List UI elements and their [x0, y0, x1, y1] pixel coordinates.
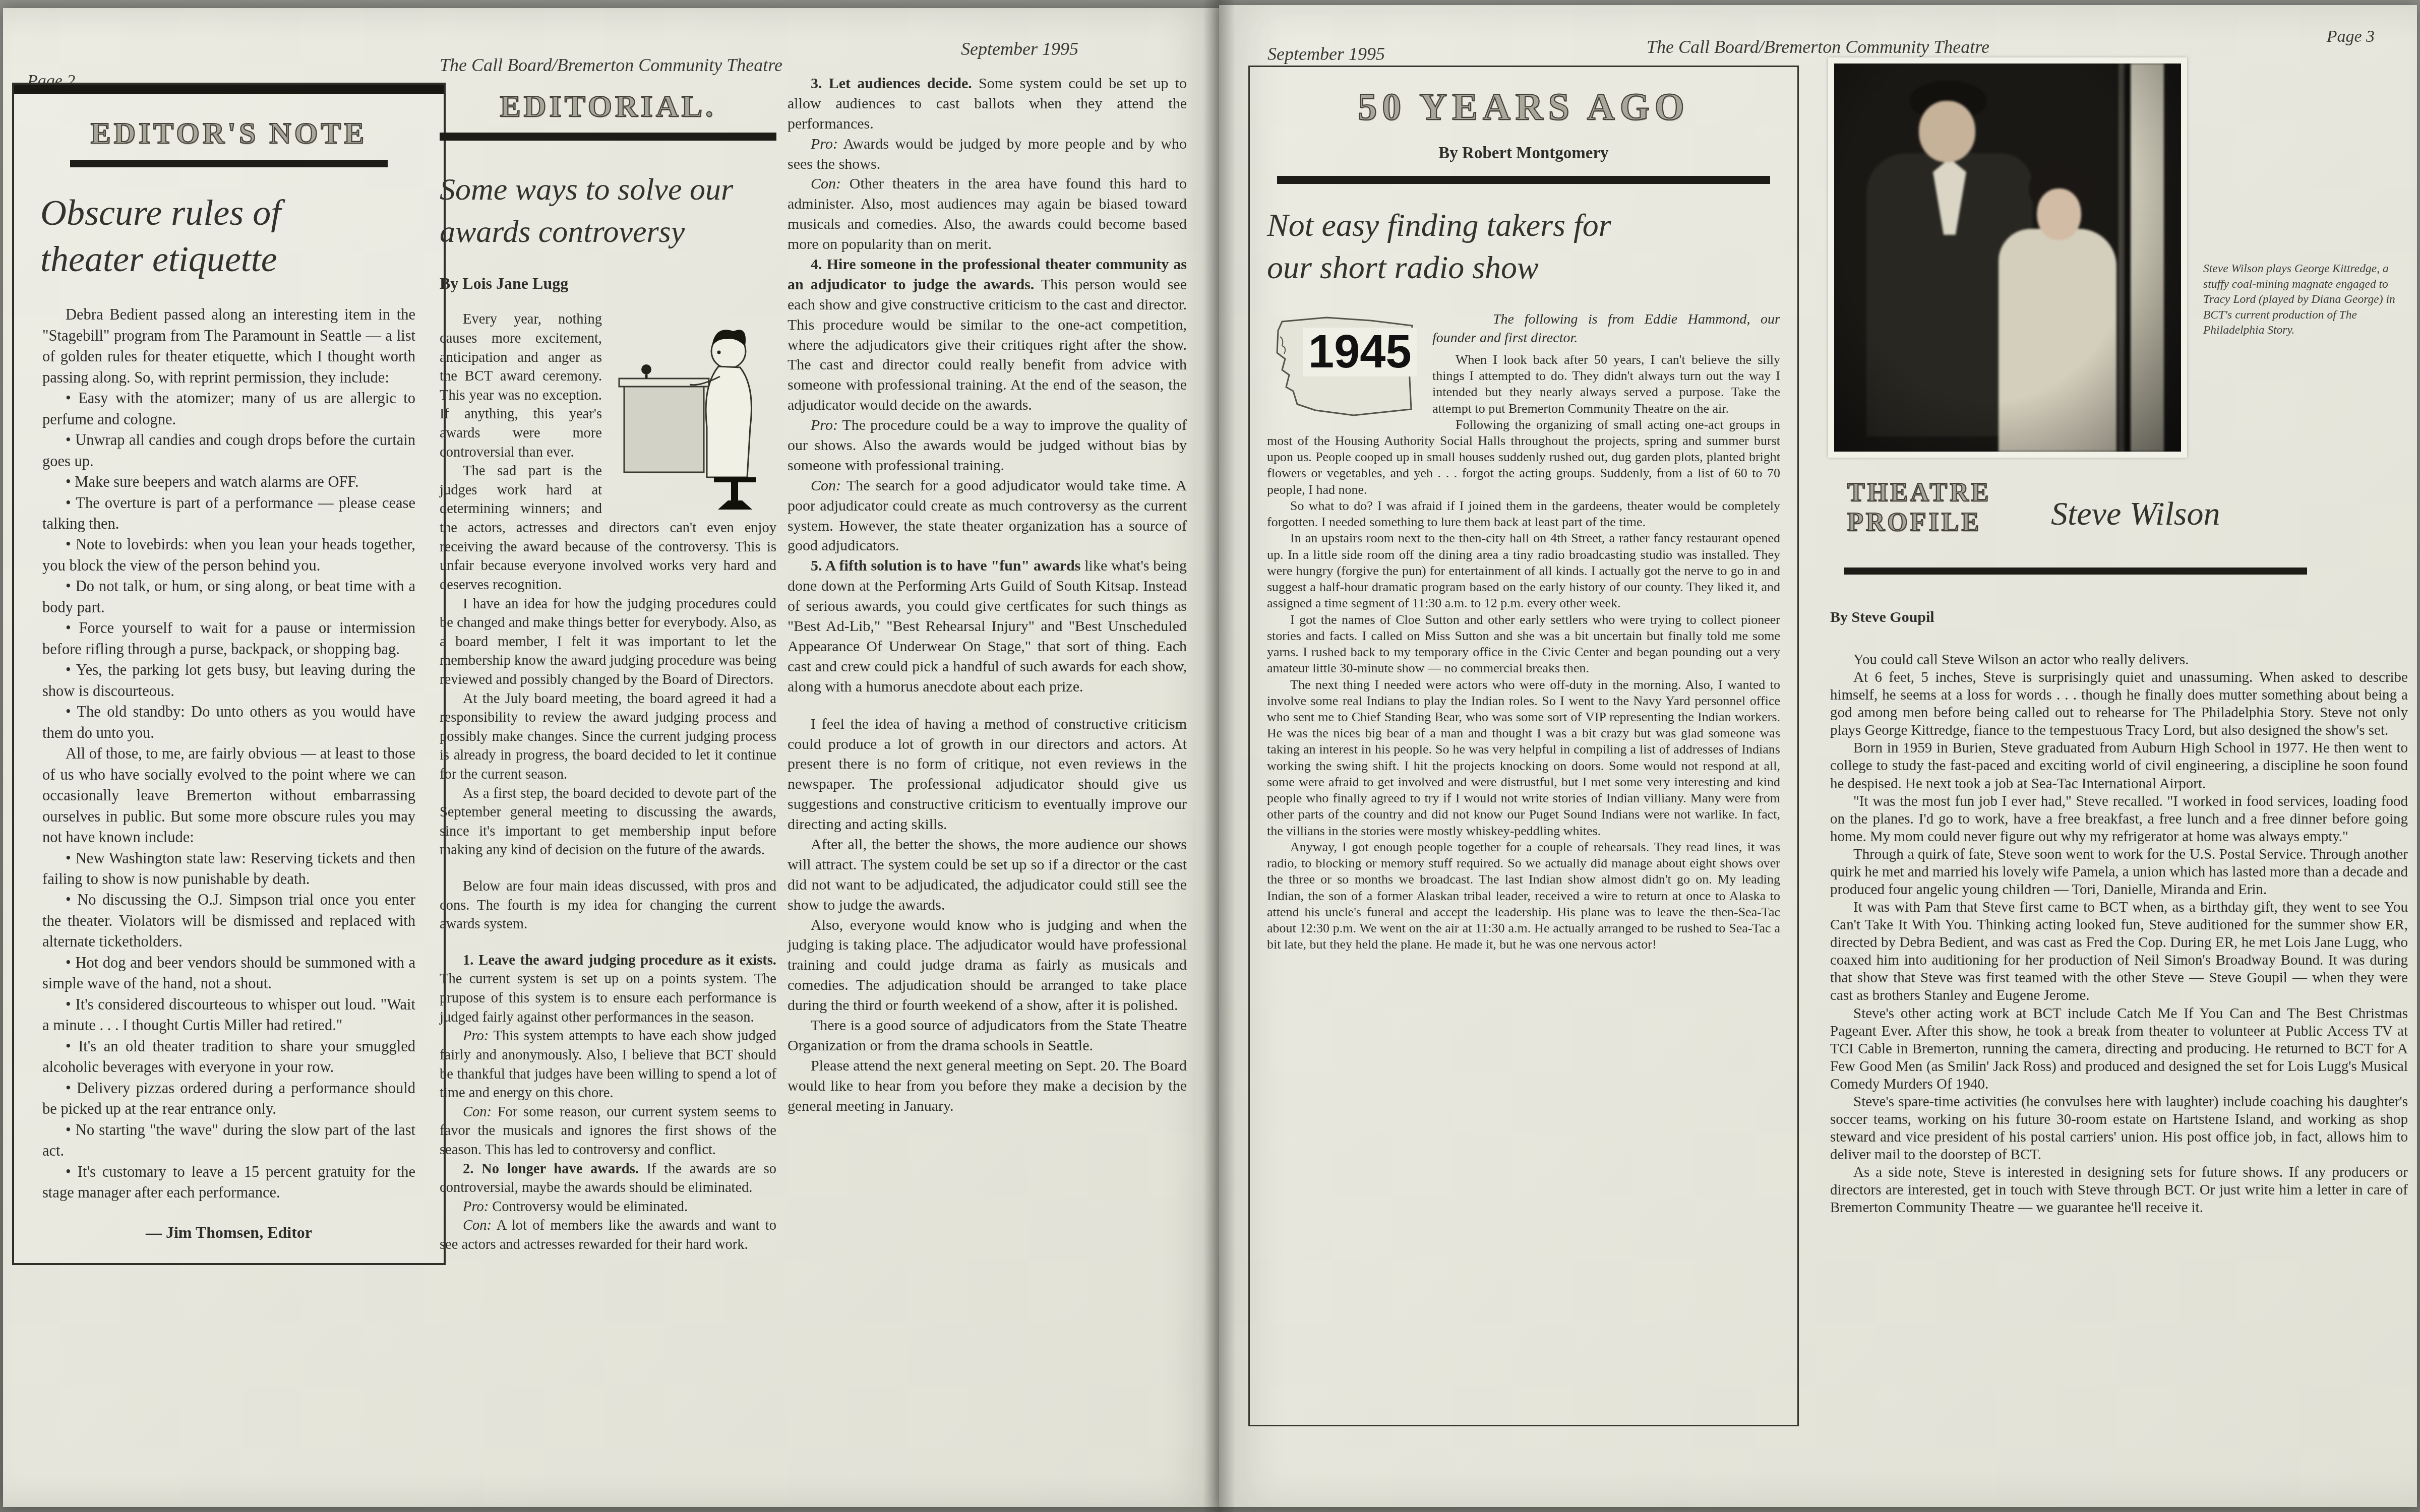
theatre-profile-byline: By Steve Goupil — [1830, 609, 1934, 626]
fifty-years-ago-kicker: 50 YEARS AGO — [1267, 85, 1780, 129]
editors-note-kicker: EDITOR'S NOTE — [14, 116, 444, 151]
editors-note-article: EDITOR'S NOTE Obscure rules of theater e… — [12, 83, 446, 1265]
fifty-years-ago-body: When I look back after 50 years, I can't… — [1267, 352, 1780, 953]
newspaper-spread-photo: Page 2 The Call Board/Bremerton Communit… — [0, 0, 2420, 1512]
body-paragraph: Steve's other acting work at BCT include… — [1830, 1005, 2408, 1093]
body-paragraph: The next thing I needed were actors who … — [1267, 677, 1780, 839]
editorial-body-col1: Every year, nothing causes more exciteme… — [440, 310, 776, 1254]
fifty-years-ago-article: 50 YEARS AGO By Robert Montgomery Not ea… — [1248, 66, 1799, 1426]
year-1945-badge: 1945 — [1303, 328, 1417, 376]
body-paragraph: Steve's spare-time activities (he convul… — [1830, 1093, 2408, 1164]
editor-signature: — Jim Thomsen, Editor — [42, 1223, 415, 1242]
body-paragraph: 2. No longer have awards. If the awards … — [440, 1160, 776, 1198]
body-paragraph: Below are four main ideas discussed, wit… — [440, 877, 776, 934]
kicker-rule — [70, 160, 388, 167]
body-paragraph: Debra Bedient passed along an interestin… — [42, 304, 415, 388]
editorial-kicker: EDITORIAL. — [440, 89, 776, 124]
body-paragraph: • Delivery pizzas ordered during a perfo… — [42, 1078, 415, 1120]
body-paragraph: • The overture is part of a performance … — [42, 493, 415, 535]
fifty-years-ago-byline: By Robert Montgomery — [1267, 144, 1780, 163]
writer-at-desk-illustration — [615, 310, 776, 512]
body-paragraph: You could call Steve Wilson an actor who… — [1830, 651, 2408, 669]
center-fold-shadow — [1203, 0, 1235, 1512]
body-paragraph: Please attend the next general meeting o… — [788, 1056, 1187, 1116]
theatre-profile-body: You could call Steve Wilson an actor who… — [1830, 651, 2408, 1217]
body-paragraph: • Hot dog and beer vendors should be sum… — [42, 953, 415, 994]
editorial-rule — [440, 133, 776, 141]
editorial-byline: By Lois Jane Lugg — [440, 274, 776, 293]
body-paragraph: All of those, to me, are fairly obvious … — [42, 743, 415, 848]
body-paragraph: Anyway, I got enough people together for… — [1267, 839, 1780, 953]
body-paragraph: As a first step, the board decided to de… — [440, 784, 776, 860]
fifty-years-ago-rule — [1277, 176, 1770, 184]
photo-caption: Steve Wilson plays George Kittredge, a s… — [2203, 261, 2401, 338]
washington-state-map-icon: 1945 — [1267, 310, 1418, 426]
editorial-body-col2: 3. Let audiences decide. Some system cou… — [788, 74, 1187, 1116]
page-3-number: Page 3 — [2327, 27, 2375, 46]
body-paragraph: "It was the most fun job I ever had," St… — [1830, 793, 2408, 846]
body-paragraph: Con: For some reason, our current system… — [440, 1103, 776, 1160]
body-paragraph: • It's an old theater tradition to share… — [42, 1036, 415, 1078]
body-paragraph: • It's considered discourteous to whispe… — [42, 994, 415, 1036]
body-paragraph: • Force yourself to wait for a pause or … — [42, 618, 415, 660]
body-paragraph: I got the names of Cloe Sutton and other… — [1267, 612, 1780, 677]
body-paragraph: Con: Other theaters in the area have fou… — [788, 174, 1187, 255]
body-paragraph: Pro: Controversy would be eliminated. — [440, 1198, 776, 1217]
body-paragraph: • Easy with the atomizer; many of us are… — [42, 388, 415, 430]
body-paragraph: It was with Pam that Steve first came to… — [1830, 899, 2408, 1004]
body-paragraph: • No starting "the wave" during the slow… — [42, 1120, 415, 1162]
body-paragraph: • It's customary to leave a 15 percent g… — [42, 1162, 415, 1204]
body-paragraph: • Unwrap all candies and cough drops bef… — [42, 430, 415, 472]
body-paragraph: 3. Let audiences decide. Some system cou… — [788, 74, 1187, 134]
photo-vignette — [1834, 64, 2181, 452]
body-paragraph: Con: The search for a good adjudicator w… — [788, 476, 1187, 556]
editorial-article: EDITORIAL. Some ways to solve our awards… — [440, 40, 776, 1254]
body-paragraph: Born in 1959 in Burien, Steve graduated … — [1830, 739, 2408, 792]
body-paragraph: 4. Hire someone in the professional thea… — [788, 255, 1187, 415]
body-paragraph: Con: A lot of members like the awards an… — [440, 1216, 776, 1254]
theatre-profile-headline: Steve Wilson — [2051, 495, 2220, 533]
body-paragraph: 5. A fifth solution is to have "fun" awa… — [788, 556, 1187, 697]
issue-date-left: September 1995 — [961, 38, 1078, 59]
editorial-headline: Some ways to solve our awards controvers… — [440, 169, 776, 253]
page-3: September 1995 The Call Board/Bremerton … — [1219, 5, 2417, 1507]
body-paragraph: • Note to lovebirds: when you lean your … — [42, 534, 415, 576]
body-paragraph: • Do not talk, or hum, or sing along, or… — [42, 576, 415, 618]
fifty-years-ago-headline: Not easy finding takers for our short ra… — [1267, 204, 1615, 289]
body-paragraph: In an upstairs room next to the then-cit… — [1267, 530, 1780, 611]
body-paragraph: Pro: This system attempts to have each s… — [440, 1027, 776, 1102]
masthead-right: The Call Board/Bremerton Community Theat… — [1219, 36, 2417, 57]
body-paragraph: I feel the idea of having a method of co… — [788, 714, 1187, 835]
body-paragraph: • Yes, the parking lot gets busy, but le… — [42, 660, 415, 702]
page-2: Page 2 The Call Board/Bremerton Communit… — [3, 8, 1219, 1507]
body-paragraph: As a side note, Steve is interested in d… — [1830, 1164, 2408, 1217]
editors-note-headline: Obscure rules of theater etiquette — [40, 190, 373, 282]
body-paragraph: Pro: Awards would be judged by more peop… — [788, 134, 1187, 174]
body-paragraph: • No discussing the O.J. Simpson trial o… — [42, 890, 415, 952]
body-paragraph: Following the organizing of small acting… — [1267, 417, 1780, 498]
profile-photo-frame — [1828, 57, 2187, 458]
body-paragraph: At 6 feet, 5 inches, Steve is surprising… — [1830, 669, 2408, 739]
profile-photo — [1834, 64, 2181, 452]
body-paragraph: Through a quirk of fate, Steve soon went… — [1830, 846, 2408, 899]
theatre-profile-rule — [1844, 568, 2307, 575]
body-paragraph: At the July board meeting, the board agr… — [440, 689, 776, 784]
body-paragraph: There is a good source of adjudicators f… — [788, 1016, 1187, 1056]
body-paragraph: • New Washington state law: Reserving ti… — [42, 848, 415, 890]
body-paragraph: • The old standby: Do unto others as you… — [42, 702, 415, 743]
body-paragraph: I have an idea for how the judging proce… — [440, 595, 776, 689]
box-top-bar — [14, 85, 444, 94]
body-paragraph: • Make sure beepers and watch alarms are… — [42, 472, 415, 492]
editors-note-body: Debra Bedient passed along an interestin… — [42, 304, 415, 1203]
body-paragraph: 1. Leave the award judging procedure as … — [440, 951, 776, 1027]
theatre-profile-kicker: THEATRE PROFILE — [1847, 478, 2039, 538]
body-paragraph: So what to do? I was afraid if I joined … — [1267, 498, 1780, 530]
body-paragraph: Also, everyone would know who is judging… — [788, 915, 1187, 1016]
body-paragraph: After all, the better the shows, the mor… — [788, 835, 1187, 915]
body-paragraph: Pro: The procedure could be a way to imp… — [788, 415, 1187, 476]
